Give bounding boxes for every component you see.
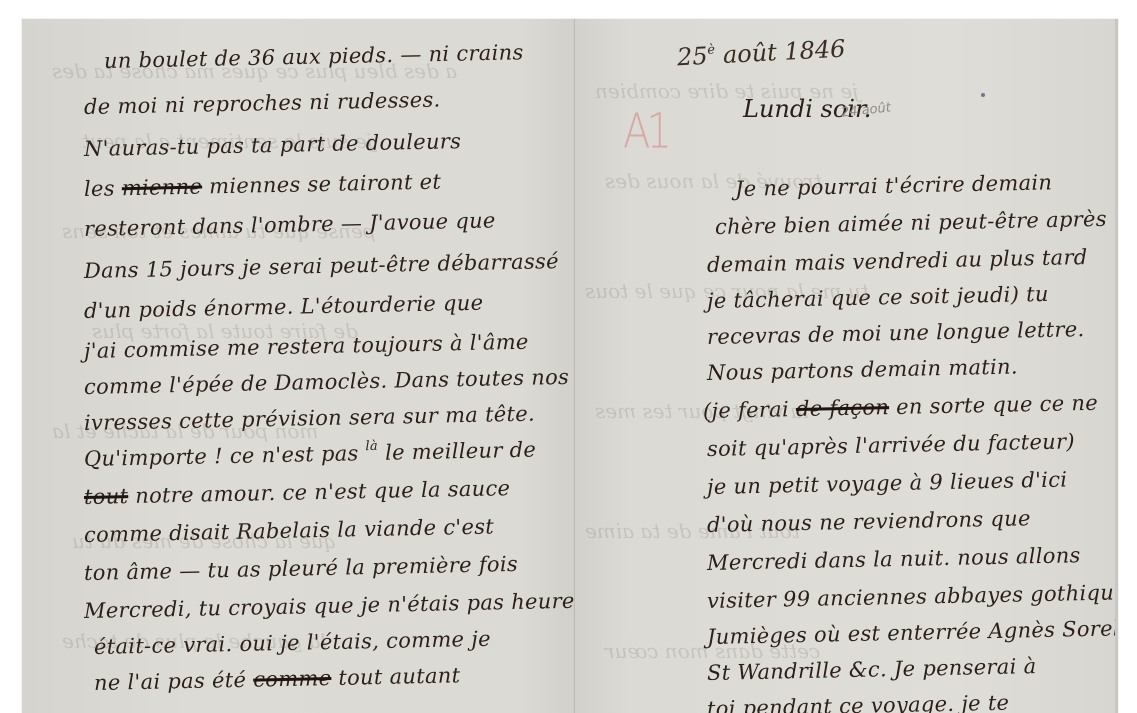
ink-dot: [981, 93, 985, 97]
text-line: recevras de moi une longue lettre.: [707, 317, 1085, 349]
text-line: toi pendant ce voyage. je te: [707, 691, 1010, 713]
text-word: le meilleur de: [385, 438, 537, 465]
text-word: (je ferai: [703, 397, 789, 423]
text-line: comme l'épée de Damoclès. Dans toutes no…: [84, 365, 570, 399]
date-superscript: è: [707, 42, 715, 57]
right-page: je ne puis te dire combien trouvé de la …: [575, 19, 1118, 713]
text-line: j'ai commise me restera toujours à l'âme: [84, 330, 529, 363]
text-line: ton âme — tu as pleuré la première fois: [84, 552, 518, 585]
text-line: les mienne miennes se tairont et: [84, 170, 442, 201]
text-line: était-ce vrai. oui je l'étais, comme je: [94, 627, 491, 659]
left-page: a des bleu plus ce ques ma chose ta des …: [22, 19, 575, 713]
text-line: St Wandrille &c. Je penserai à: [707, 654, 1037, 685]
text-line: ne l'ai pas été comme tout autant: [94, 663, 461, 695]
superscript-insertion: là: [365, 439, 378, 454]
text-line: chère bien aimée ni peut-être après: [715, 207, 1107, 239]
text-line: d'où nous ne reviendrons que: [707, 506, 1031, 537]
text-line: d'un poids énorme. L'étourderie que: [84, 291, 484, 323]
text-line: je un petit voyage à 9 lieues d'ici: [707, 467, 1068, 499]
page-edge: [1115, 19, 1118, 713]
text-line: Jumièges où est enterrée Agnès Sorel: [707, 616, 1118, 649]
text-line: ivresses cette prévision sera sur ma têt…: [84, 402, 535, 435]
text-line: demain mais vendredi au plus tard: [707, 245, 1088, 277]
text-line: Nous partons demain matin.: [707, 354, 1018, 385]
text-line: Qu'importe ! ce n'est pas là le meilleur…: [84, 438, 537, 471]
struck-word: mienne: [122, 175, 203, 201]
red-pencil-mark: A1: [623, 104, 668, 159]
text-word: miennes se tairont et: [209, 170, 441, 199]
text-word: tout autant: [338, 663, 460, 690]
text-line: N'auras-tu pas ta part de douleurs: [84, 129, 462, 161]
letter-sheet: a des bleu plus ce ques ma chose ta des …: [22, 19, 1118, 713]
text-line: Mercredi dans la nuit. nous allons: [707, 543, 1081, 575]
text-line: (je ferai de façon en sorte que ce ne: [703, 391, 1098, 423]
letter-date: 25è août 1846: [676, 35, 846, 72]
text-word: en sorte que ce ne: [896, 391, 1098, 419]
date-month-year: août 1846: [722, 35, 846, 69]
text-word: notre amour. ce n'est que la sauce: [135, 476, 511, 508]
text-line: Je ne pourrai t'écrire demain: [735, 170, 1053, 201]
date-day: 25: [676, 42, 708, 72]
text-line: soit qu'après l'arrivée du facteur): [707, 429, 1075, 461]
text-line: un boulet de 36 aux pieds. — ni crains: [104, 40, 524, 73]
text-line: resteront dans l'ombre — J'avoue que: [84, 208, 496, 241]
text-word: Qu'importe ! ce n'est pas: [84, 441, 359, 471]
text-line: tout notre amour. ce n'est que la sauce: [84, 476, 511, 509]
text-line: comme disait Rabelais la viande c'est: [84, 514, 494, 547]
text-word: ne l'ai pas été: [94, 668, 247, 695]
text-line: Mercredi, tu croyais que je n'étais pas …: [84, 588, 575, 623]
struck-word: tout: [84, 484, 129, 509]
struck-word: comme: [253, 666, 332, 692]
text-line: je tâcherai que ce soit jeudi) tu: [707, 282, 1049, 313]
struck-word: de façon: [796, 395, 890, 421]
text-line: de moi ni reproches ni rudesses.: [84, 88, 441, 119]
text-line: Dans 15 jours je serai peut-être débarra…: [84, 249, 559, 283]
text-line: visiter 99 anciennes abbayes gothiques: [707, 580, 1118, 613]
text-word: les: [84, 176, 115, 201]
